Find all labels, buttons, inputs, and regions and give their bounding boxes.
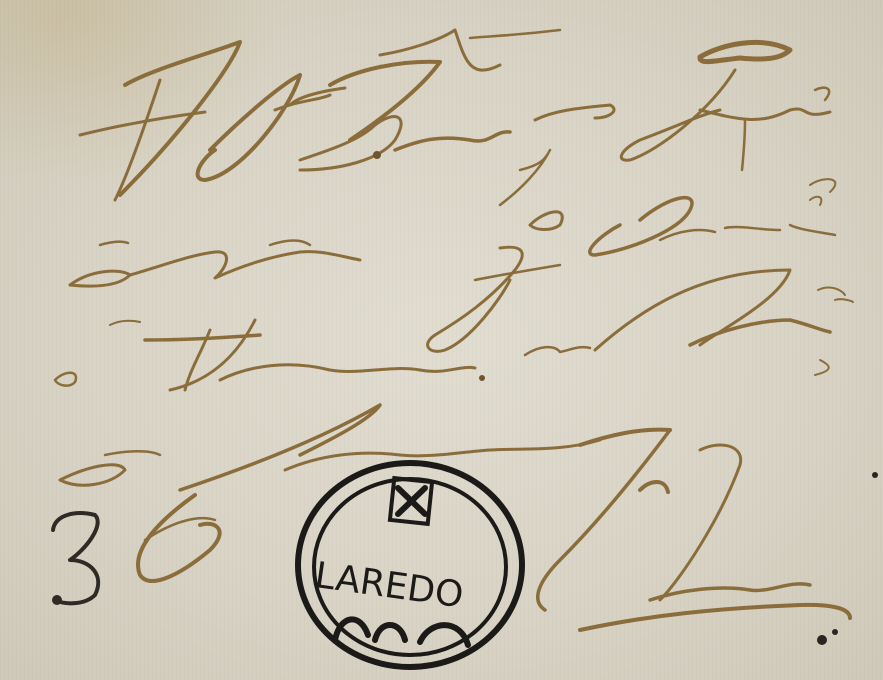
letter-cover: A Ill.mo Sr. me Joseph Baan. e Olio-anu … bbox=[0, 0, 883, 680]
